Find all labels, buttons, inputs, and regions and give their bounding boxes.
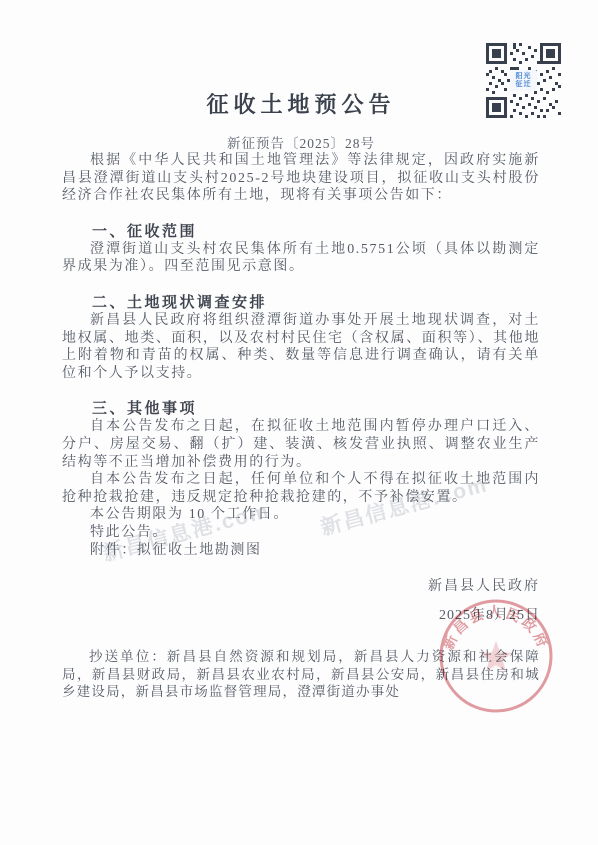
section-1-heading: 一、征收范围 [62,220,540,241]
intro-paragraph: 根据《中华人民共和国土地管理法》等法律规定，因政府实施新昌县澄潭街道山支头村20… [62,152,540,205]
qr-label-line1: 阳光 [516,73,532,81]
attachment-line: 附件：拟征收土地勘测图 [62,542,540,560]
signature-date: 2025年8月25日 [62,604,540,624]
announcement-page: 阳光 征迁 新昌信息港.com 新昌信息港.com 征收土地预公告 新征预告〔2… [0,0,598,845]
section-3-paragraph-1: 自本公告发布之日起，在拟征收土地范围内暂停办理户口迁入、分户、房屋交易、翻（扩）… [62,418,540,471]
document-number: 新征预告〔2025〕28号 [62,132,540,152]
signature-issuer: 新昌县人民政府 [62,575,540,595]
section-3-heading: 三、其他事项 [62,397,540,418]
notice-duration-line: 本公告期限为 10 个工作日。 [62,506,540,524]
page-title: 征收土地预公告 [62,88,540,119]
section-2-paragraph: 新昌县人民政府将组织澄潭街道办事处开展土地现状调查，对土地权属、地类、面积，以及… [62,312,540,382]
document-body: 征收土地预公告 新征预告〔2025〕28号 根据《中华人民共和国土地管理法》等法… [62,88,540,700]
signature-block: 新昌县人民政府 2025年8月25日 [62,575,540,624]
section-1-paragraph: 澄潭街道山支头村农民集体所有土地0.5751公顷（具体以勘测定界成果为准）。四至… [62,241,540,276]
section-2-heading: 二、土地现状调查安排 [62,291,540,312]
copy-to-list: 抄送单位：新昌县自然资源和规划局，新昌县人力资源和社会保障局，新昌县财政局，新昌… [62,648,540,700]
section-3-paragraph-2: 自本公告发布之日起，任何单位和个人不得在拟征收土地范围内抢种抢栽抢建，违反规定抢… [62,471,540,506]
hereby-announced-line: 特此公告。 [62,524,540,542]
